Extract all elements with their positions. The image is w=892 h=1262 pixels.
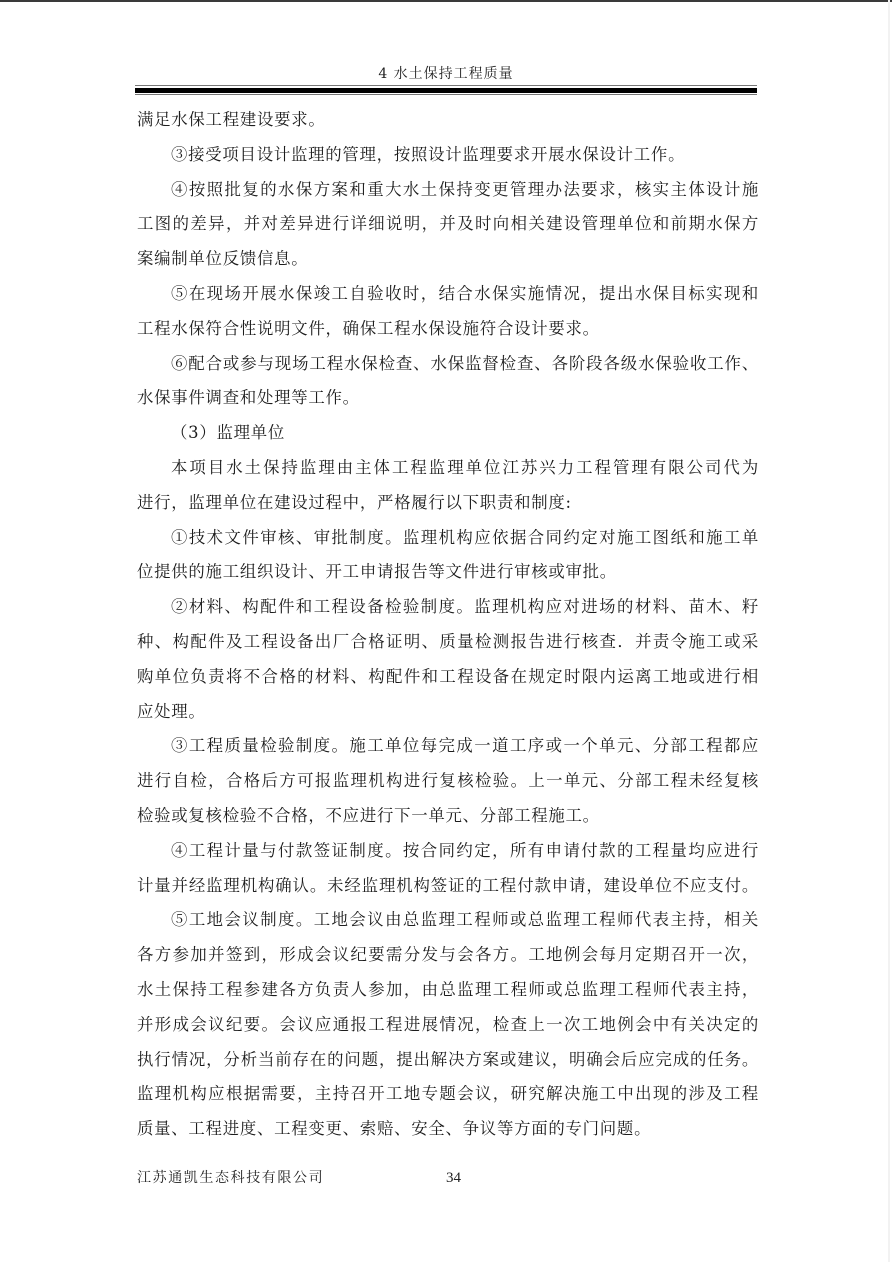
page-top-border xyxy=(0,0,892,2)
header-rule xyxy=(135,85,757,96)
header-rule-thin-top xyxy=(135,85,757,86)
footer-company-name: 江苏通凯生态科技有限公司 xyxy=(137,1168,324,1188)
text-line: 各方参加并签到，形成会议纪要需分发与会各方。工地例会每月定期召开一次， xyxy=(137,938,759,973)
text-line: ⑥配合或参与现场工程水保检查、水保监督检查、各阶段各级水保验收工作、 xyxy=(137,347,759,382)
text-line: 种、构配件及工程设备出厂合格证明、质量检测报告进行核查．并责令施工或采 xyxy=(137,625,759,660)
page-number: 34 xyxy=(446,1168,461,1188)
text-line: 监理机构应根据需要，主持召开工地专题会议，研究解决施工中出现的涉及工程 xyxy=(137,1077,759,1112)
text-line: 购单位负责将不合格的材料、构配件和工程设备在规定时限内运离工地或进行相 xyxy=(137,660,759,695)
body-text: 满足水保工程建设要求。③接受项目设计监理的管理，按照设计监理要求开展水保设计工作… xyxy=(137,103,759,1147)
text-line: 进行，监理单位在建设过程中，严格履行以下职责和制度: xyxy=(137,486,759,521)
text-line: 执行情况，分析当前存在的问题，提出解决方案或建议，明确会后应完成的任务。 xyxy=(137,1043,759,1078)
text-line: 位提供的施工组织设计、开工申请报告等文件进行审核或审批。 xyxy=(137,555,759,590)
text-line: ②材料、构配件和工程设备检验制度。监理机构应对进场的材料、苗木、籽 xyxy=(137,590,759,625)
text-line: ⑤工地会议制度。工地会议由总监理工程师或总监理工程师代表主持，相关 xyxy=(137,903,759,938)
text-line: 工图的差异，并对差异进行详细说明，并及时向相关建设管理单位和前期水保方 xyxy=(137,207,759,242)
text-line: ③接受项目设计监理的管理，按照设计监理要求开展水保设计工作。 xyxy=(137,138,759,173)
text-line: ③工程质量检验制度。施工单位每完成一道工序或一个单元、分部工程都应 xyxy=(137,729,759,764)
text-line: 工程水保符合性说明文件，确保工程水保设施符合设计要求。 xyxy=(137,312,759,347)
text-line: 应处理。 xyxy=(137,695,759,730)
text-line: 本项目水土保持监理由主体工程监理单位江苏兴力工程管理有限公司代为 xyxy=(137,451,759,486)
text-line: 水保事件调查和处理等工作。 xyxy=(137,381,759,416)
header-rule-thin-bottom xyxy=(135,94,757,95)
text-line: 计量并经监理机构确认。未经监理机构签证的工程付款申请，建设单位不应支付。 xyxy=(137,869,759,904)
text-line: ①技术文件审核、审批制度。监理机构应依据合同约定对施工图纸和施工单 xyxy=(137,521,759,556)
page-right-edge xyxy=(888,0,890,1262)
text-line: ④按照批复的水保方案和重大水土保持变更管理办法要求，核实主体设计施 xyxy=(137,173,759,208)
running-header-title: 4 水土保持工程质量 xyxy=(135,64,757,84)
text-line: （3）监理单位 xyxy=(137,416,759,451)
text-line: 并形成会议纪要。会议应通报工程进展情况，检查上一次工地例会中有关决定的 xyxy=(137,1008,759,1043)
text-line: ⑤在现场开展水保竣工自验收时，结合水保实施情况，提出水保目标实现和 xyxy=(137,277,759,312)
text-line: 满足水保工程建设要求。 xyxy=(137,103,759,138)
text-line: 检验或复核检验不合格，不应进行下一单元、分部工程施工。 xyxy=(137,799,759,834)
text-line: 水土保持工程参建各方负责人参加，由总监理工程师或总监理工程师代表主持， xyxy=(137,973,759,1008)
header-rule-thick xyxy=(135,88,757,93)
text-line: 进行自检，合格后方可报监理机构进行复核检验。上一单元、分部工程未经复核 xyxy=(137,764,759,799)
text-line: 案编制单位反馈信息。 xyxy=(137,242,759,277)
text-line: ④工程计量与付款签证制度。按合同约定，所有申请付款的工程量均应进行 xyxy=(137,834,759,869)
text-line: 质量、工程进度、工程变更、索赔、安全、争议等方面的专门问题。 xyxy=(137,1112,759,1147)
